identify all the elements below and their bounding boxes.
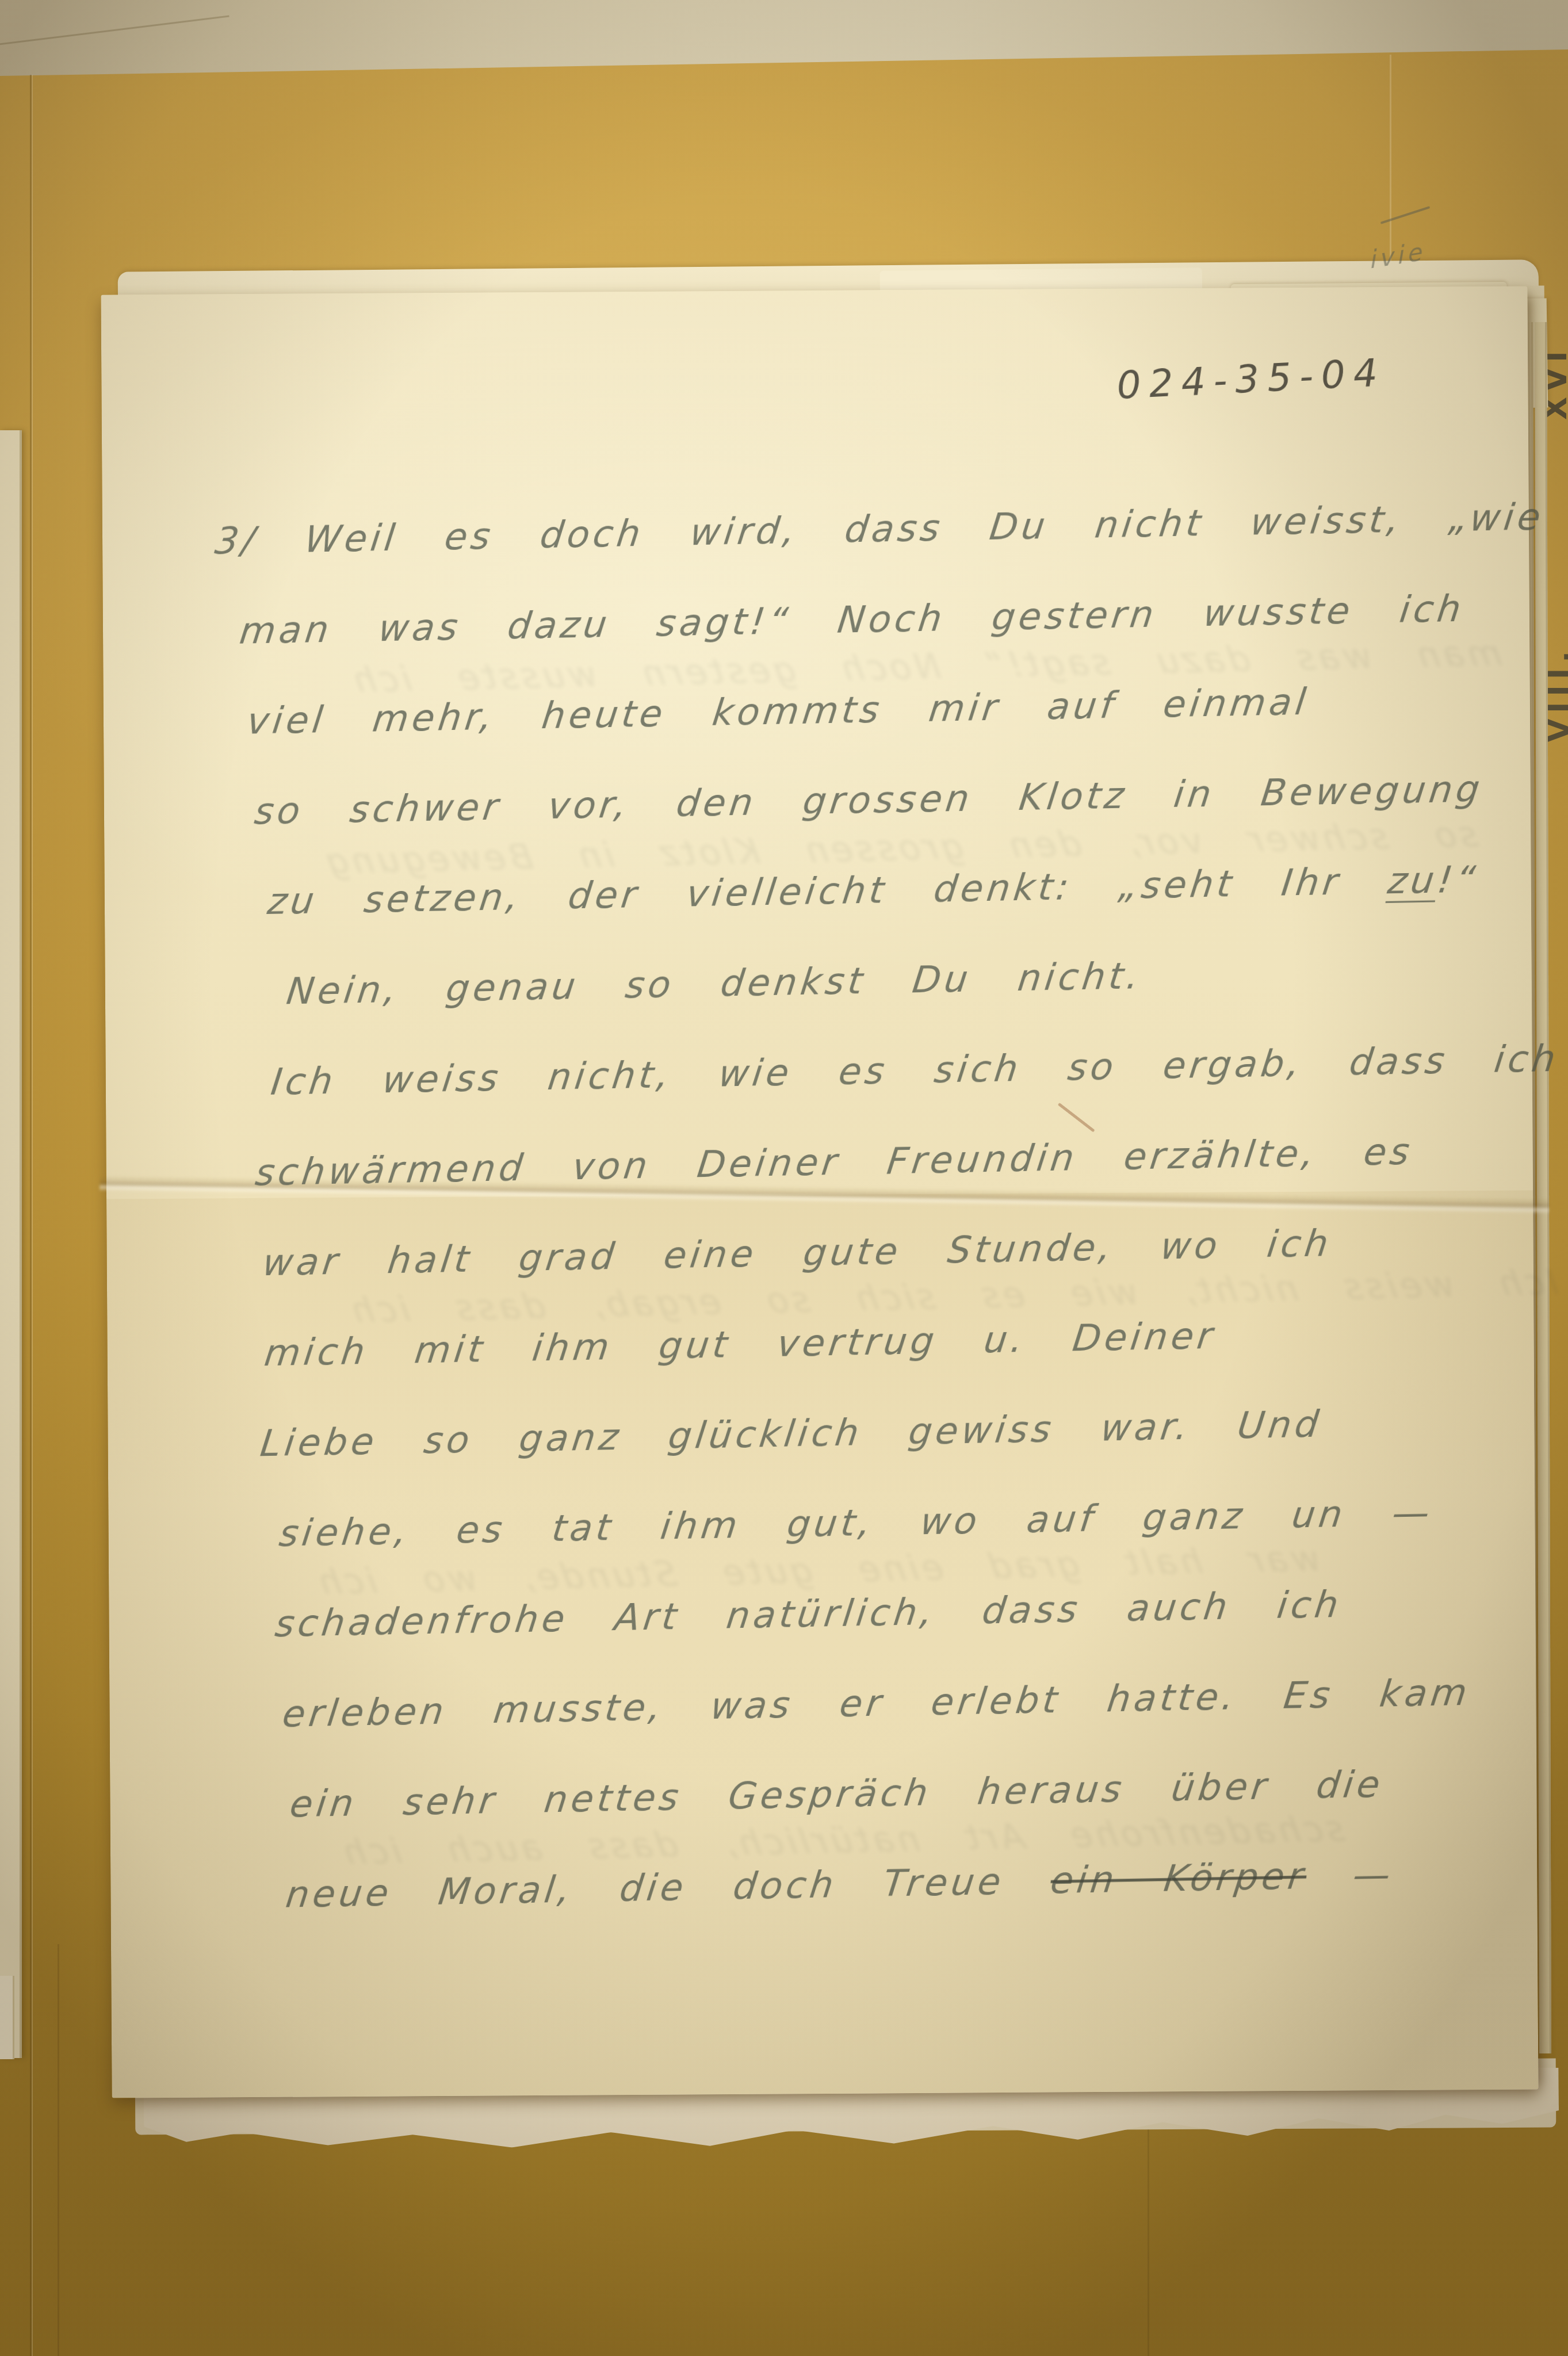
- archive-photo: XVI VIII. ivie man was dazu sagt!“ Noch …: [0, 0, 1568, 2356]
- letter-line-9: war halt grad eine gute Stunde, wo ich: [261, 1222, 1334, 1284]
- line-16-struck-words: ein Körper: [1048, 1855, 1309, 1902]
- letter-line-6: Nein, genau so denkst Du nicht.: [284, 955, 1145, 1013]
- letter-line-3: viel mehr, heute kommts mir auf einmal: [245, 680, 1312, 743]
- folder-spine-crease-left: [30, 75, 32, 2356]
- line-16-post: —: [1304, 1853, 1396, 1898]
- letter-line-11: Liebe so ganz glücklich gewiss war. Und: [258, 1403, 1325, 1465]
- left-paper-stack-bottom-sheet: [0, 1976, 14, 2059]
- letter-body: 3/ Weil es doch wird, dass Du nicht weis…: [90, 278, 1549, 2107]
- letter-line-16: neue Moral, die doch Treue ein Körper —: [284, 1853, 1396, 1916]
- letter-line-7: Ich weiss nicht, wie es sich so ergab, d…: [269, 1037, 1561, 1103]
- letter-line-4: so schwer vor, den grossen Klotz in Bewe…: [252, 768, 1485, 833]
- folder-spine-highlight: [32, 75, 33, 2356]
- letter-line-14: erleben musste, was er erlebt hatte. Es …: [280, 1671, 1473, 1735]
- letter-line-13: schadenfrohe Art natürlich, dass auch ic…: [273, 1583, 1344, 1645]
- folder-crease-bottom-left: [58, 1944, 59, 2356]
- line-5-pre: zu setzen, der vielleicht denkt: „seht I…: [265, 860, 1390, 923]
- letter-line-5: zu setzen, der vielleicht denkt: „seht I…: [265, 858, 1481, 923]
- line-5-underlined-word: zu: [1386, 859, 1440, 902]
- letter-line-8: schwärmend von Deiner Freundin erzählte,…: [253, 1130, 1416, 1194]
- letter-page: man was dazu sagt!“ Noch gestern wusste …: [101, 286, 1538, 2098]
- letter-line-12: siehe, es tat ihm gut, wo auf ganz un —: [277, 1491, 1435, 1555]
- letter-line-1: 3/ Weil es doch wird, dass Du nicht weis…: [213, 496, 1546, 563]
- letter-line-15: ein sehr nettes Gespräch heraus über die: [288, 1763, 1386, 1826]
- line-5-post: !“: [1435, 858, 1481, 901]
- letter-line-10: mich mit ihm gut vertrug u. Deiner: [262, 1314, 1219, 1374]
- letter-line-2: man was dazu sagt!“ Noch gestern wusste …: [238, 587, 1467, 652]
- left-paper-stack: [0, 430, 22, 2058]
- line-16-pre: neue Moral, die doch Treue: [284, 1860, 1054, 1917]
